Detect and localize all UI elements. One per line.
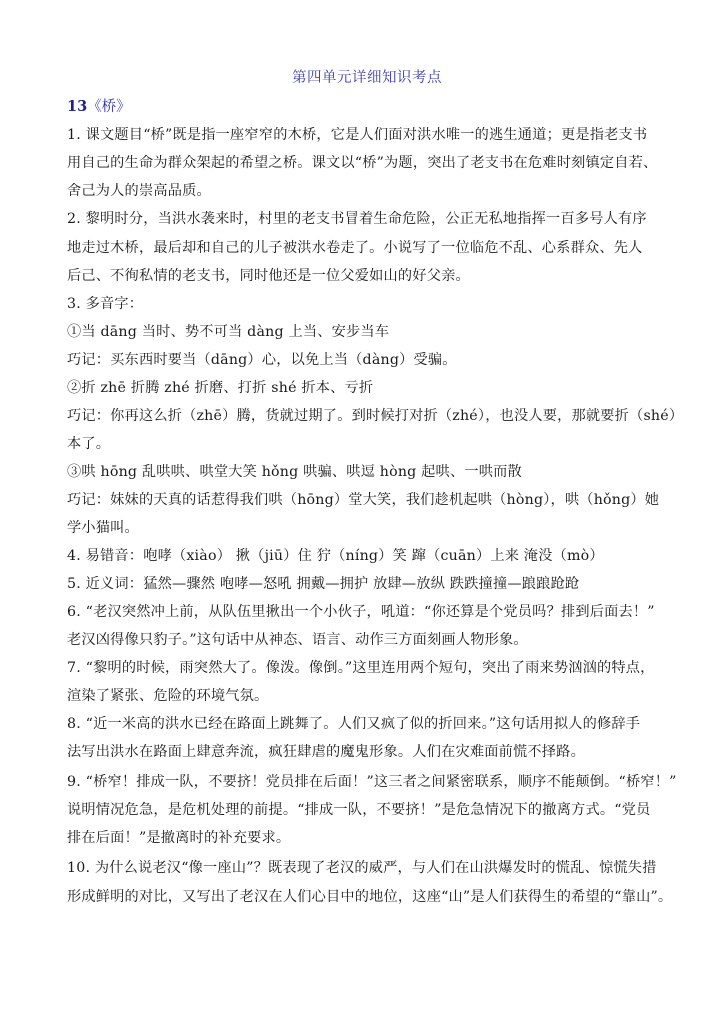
section-name: 《桥》 [87,99,131,115]
text-line: 地走过木桥，最后却和自己的儿子被洪水卷走了。小说写了一位临危不乱、心系群众、先人 [67,237,643,257]
text-line: 巧记：妹妹的天真的话惹得我们哄（hōng）堂大笑，我们趁机起哄（hòng），哄（… [67,489,659,509]
text-line: 说明情况危急，是危机处理的前提。“排成一队，不要挤！”是危急情况下的撤离方式。“… [67,799,650,819]
text-line: 5. 近义词：猛然—骤然 咆哮—怒吼 拥戴—拥护 放肆—放纵 跌跌撞撞—踉踉跄跄 [67,573,579,593]
text-line: 6. “老汉突然冲上前，从队伍里揪出一个小伙子，吼道：“你还算是个党员吗？排到后… [67,601,655,621]
text-line: 后己、不徇私情的老支书，同时他还是一位父爱如山的好父亲。 [67,265,470,285]
text-line: 1. 课文题目“桥”既是指一座窄窄的木桥，它是人们面对洪水唯一的逃生通道；更是指… [67,124,647,144]
text-line: 本了。 [67,433,110,453]
text-line: 学小猫叫。 [67,517,139,537]
text-line: 4. 易错音：咆哮（xiào） 揪（jiū）住 狞（níng）笑 蹿（cuān）… [67,545,604,565]
text-line: 巧记：买东西时要当（dāng）心，以免上当（dàng）受骗。 [67,349,457,369]
text-line: 老汉凶得像只豹子。”这句话中从神态、语言、动作三方面刻画人物形象。 [67,629,528,649]
text-line: 9. “桥窄！排成一队，不要挤！党员排在后面！”这三者之间紧密联系，顺序不能颠倒… [67,771,677,791]
text-line: 7. “黎明的时候，雨突然大了。像泼。像倒。”这里连用两个短句，突出了雨来势汹汹… [67,657,655,677]
text-line: 10. 为什么说老汉“像一座山”？既表现了老汉的威严，与人们在山洪爆发时的慌乱、… [67,857,657,877]
text-line: 舍己为人的崇高品质。 [67,180,211,200]
text-line: 8. “近一米高的洪水已经在路面上跳舞了。人们又疯了似的折回来。”这句话用拟人的… [67,713,640,733]
text-line: ①当 dāng 当时、势不可当 dàng 上当、安步当车 [67,321,389,341]
section-heading: 13《桥》 [67,95,131,116]
text-line: ③哄 hōng 乱哄哄、哄堂大笑 hǒng 哄骗、哄逗 hòng 起哄、一哄而散 [67,461,522,481]
text-line: 3. 多音字： [67,293,143,313]
section-number: 13 [67,98,87,115]
text-line: 形成鲜明的对比，又写出了老汉在人们心目中的地位，这座“山”是人们获得生的希望的“… [67,886,672,906]
text-line: 2. 黎明时分，当洪水袭来时，村里的老支书冒着生命危险，公正无私地指挥一百多号人… [67,208,647,228]
text-line: 巧记：你再这么折（zhē）腾，货就过期了。到时候打对折（zhé），也没人要，那就… [67,405,683,425]
text-line: 渲染了紧张、危险的环境气氛。 [67,685,268,705]
text-line: ②折 zhē 折腾 zhé 折磨、打折 shé 折本、亏折 [67,377,373,397]
text-line: 法写出洪水在路面上肆意奔流，疯狂肆虐的魔鬼形象。人们在灾难面前慌不择路。 [67,741,585,761]
text-line: 排在后面！”是撤离时的补充要求。 [67,827,290,847]
page-title: 第四单元详细知识考点 [67,66,667,87]
text-line: 用自己的生命为群众架起的希望之桥。课文以“桥”为题，突出了老支书在危难时刻镇定自… [67,152,657,172]
